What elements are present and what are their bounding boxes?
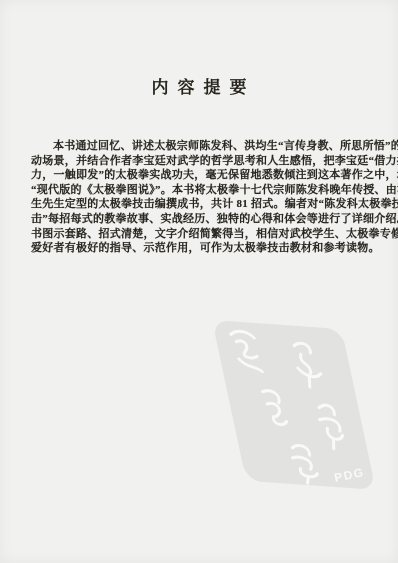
- body-line: 击”每招每式的教拳故事、实战经历、独特的心得和体会等进行了详细介绍。本: [31, 212, 368, 227]
- body-line: 书图示套路、招式清楚，文字介绍简繁得当，相信对武校学生、太极拳专修者、: [31, 227, 368, 242]
- seal-script-glyphs-icon: [212, 320, 376, 490]
- seal-glyph-bottom-center: [290, 445, 320, 484]
- page-title: 内容提要: [0, 0, 398, 98]
- body-line: 生先生定型的太极拳技击编撰成书，共计 81 招式。编者对“陈发科太极拳技: [31, 197, 368, 212]
- body-line: 本书通过回忆、讲述太极宗师陈发科、洪均生“言传身教、所思所悟”的生: [31, 139, 368, 154]
- body-line: 爱好者有极好的指导、示范作用，可作为太极拳技击教材和参考读物。: [31, 241, 368, 256]
- body-line: 动场景，并结合作者李宝廷对武学的哲学思考和人生感悟，把李宝廷“借力打: [31, 154, 368, 169]
- seal-glyph-mid-left: [262, 390, 287, 425]
- seal-glyph-top-left: [230, 331, 262, 372]
- scanned-book-page: 内容提要 本书通过回忆、讲述太极宗师陈发科、洪均生“言传身教、所思所悟”的生 动…: [0, 0, 398, 563]
- summary-paragraph: 本书通过回忆、讲述太极宗师陈发科、洪均生“言传身教、所思所悟”的生 动场景，并结…: [0, 139, 398, 256]
- pdg-watermark-seal: PDG: [212, 320, 376, 490]
- seal-glyph-top-right: [293, 343, 324, 388]
- body-line: 力，一触即发”的太极拳实战功夫，毫无保留地悉数倾注到这本著作之中，堪称: [31, 168, 368, 183]
- body-line: “现代版的《太极拳图说》”。本书将太极拳十七代宗师陈发科晚年传授、由洪均: [31, 183, 368, 198]
- seal-glyph-mid-right: [316, 405, 345, 450]
